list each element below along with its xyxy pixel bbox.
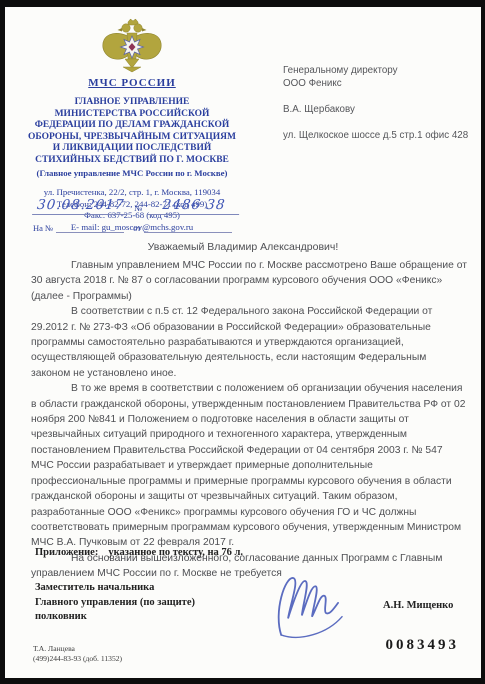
reply-to-label: На № <box>33 223 53 233</box>
org-alt-name: (Главное управление МЧС России по г. Мос… <box>23 168 241 179</box>
incoming-reference-row: На № от <box>33 223 248 233</box>
paragraph-3: В то же время в соответствии с положение… <box>31 381 468 550</box>
attachment-label: Приложение: <box>35 547 98 558</box>
reply-date-blank <box>144 224 232 233</box>
reply-number-blank <box>56 224 124 233</box>
letter-body: Главным управлением МЧС России по г. Мос… <box>31 258 468 582</box>
recipient-company: ООО Феникс <box>283 77 473 90</box>
scanned-document-frame: МЧС РОССИИ ГЛАВНОЕ УПРАВЛЕНИЕ МИНИСТЕРСТ… <box>0 0 485 684</box>
outgoing-number-handwritten: 2486 38 <box>147 197 241 215</box>
attachment-line: Приложение:указанное по тексту, на 76 л. <box>35 547 435 558</box>
org-full-name: ГЛАВНОЕ УПРАВЛЕНИЕ МИНИСТЕРСТВА РОССИЙСК… <box>23 97 241 166</box>
paragraph-1: Главным управлением МЧС России по г. Мос… <box>31 258 468 304</box>
mchs-emblem-icon <box>99 17 165 73</box>
signer-title-line: Заместитель начальника <box>35 581 255 596</box>
org-short-name: МЧС РОССИИ <box>23 77 241 89</box>
signer-title-line: Главного управления (по защите) <box>35 596 255 611</box>
recipient-block: Генеральному директору ООО Феникс В.А. Щ… <box>283 64 473 142</box>
org-line: ФЕДЕРАЦИИ ПО ДЕЛАМ ГРАЖДАНСКОЙ <box>23 120 241 132</box>
recipient-address: ул. Щелкоское шоссе д.5 стр.1 офис 428 <box>283 129 473 142</box>
org-line: ОБОРОНЫ, ЧРЕЗВЫЧАЙНЫМ СИТУАЦИЯМ <box>23 132 241 144</box>
org-line: ГЛАВНОЕ УПРАВЛЕНИЕ <box>23 97 241 109</box>
letter-page: МЧС РОССИИ ГЛАВНОЕ УПРАВЛЕНИЕ МИНИСТЕРСТ… <box>5 7 481 678</box>
salutation: Уважаемый Владимир Александрович! <box>25 241 461 253</box>
signer-title-block: Заместитель начальника Главного управлен… <box>35 581 255 625</box>
executor-contact: Т.А. Ланцева (499)244-83-93 (доб. 11352) <box>33 644 122 663</box>
reply-from-label: от <box>133 223 141 233</box>
handwritten-signature <box>263 563 353 645</box>
outgoing-reference-row: 30.08.2017 № 2486 38 <box>33 197 248 215</box>
executor-name: Т.А. Ланцева <box>33 644 122 654</box>
signer-title-line: полковник <box>35 610 255 625</box>
org-line: И ЛИКВИДАЦИИ ПОСЛЕДСТВИЙ <box>23 143 241 155</box>
org-line: МИНИСТЕРСТВА РОССИЙСКОЙ <box>23 109 241 121</box>
number-sign-label: № <box>134 203 142 215</box>
outgoing-date-handwritten: 30.08.2017 <box>32 197 129 215</box>
paragraph-2: В соответствии с п.5 ст. 12 Федерального… <box>31 304 468 381</box>
org-line: СТИХИЙНЫХ БЕДСТВИЙ ПО Г. МОСКВЕ <box>23 155 241 167</box>
registration-stamp-number: 0083493 <box>386 637 460 654</box>
signer-name: А.Н. Мищенко <box>383 600 478 611</box>
recipient-title: Генеральному директору <box>283 64 473 77</box>
attachment-text: указанное по тексту, на 76 л. <box>108 547 243 558</box>
executor-phone: (499)244-83-93 (доб. 11352) <box>33 654 122 664</box>
recipient-name: В.А. Щербакову <box>283 103 473 116</box>
